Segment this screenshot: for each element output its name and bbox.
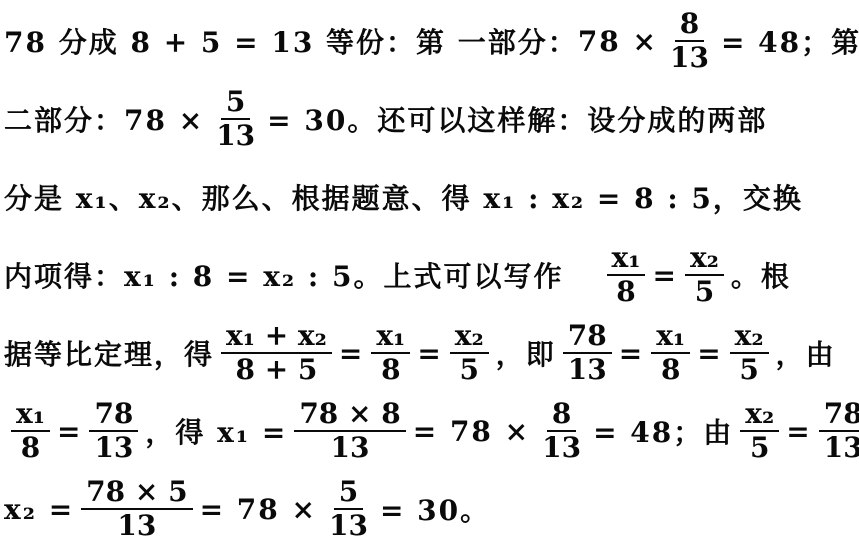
fraction: x₁8 <box>371 321 410 385</box>
fraction-denominator: 8 + 5 <box>230 354 322 385</box>
fraction: 7813 <box>89 399 138 463</box>
fraction: 813 <box>537 399 586 463</box>
text-line-3: 分是 x₁、x₂、那么、根据题意、得 x₁ : x₂ = 8 : 5，交换 <box>4 158 857 236</box>
text-line-4: 内项得：x₁ : 8 = x₂ : 5。上式可以写作x₁8=x₂5。根 <box>4 236 857 314</box>
fraction: 7813 <box>563 321 612 385</box>
text-run: ，由 <box>776 333 836 373</box>
fraction: x₁ + x₂8 + 5 <box>221 321 332 385</box>
text-run: = <box>57 415 82 448</box>
fraction-denominator: 8 <box>16 432 45 463</box>
fraction-numerator: 78 × 8 <box>294 399 405 432</box>
fraction-numerator: x₂ <box>685 243 724 276</box>
text-line-6: x₁8=7813，得 x₁ =78 × 813= 78 ×813= 48；由x₂… <box>4 392 857 470</box>
fraction: 7813 <box>819 399 859 463</box>
text-run: = 30。还可以这样解：设分成的两部 <box>267 99 767 139</box>
fraction-denominator: 13 <box>112 510 161 541</box>
fraction-denominator: 13 <box>537 432 586 463</box>
fraction-denominator: 13 <box>563 354 612 385</box>
text-line-1: 78 分成 8 + 5 = 13 等份：第 一部分：78 ×813= 48；第 <box>4 2 857 80</box>
fraction-numerator: 78 <box>563 321 612 354</box>
fraction-numerator: x₂ <box>730 321 769 354</box>
fraction: x₁8 <box>651 321 690 385</box>
fraction: x₁8 <box>11 399 50 463</box>
textbook-page: 78 分成 8 + 5 = 13 等份：第 一部分：78 ×813= 48；第二… <box>0 0 859 559</box>
fraction: x₂5 <box>450 321 489 385</box>
text-run: 分是 x₁、x₂、那么、根据题意、得 x₁ : x₂ = 8 : 5，交换 <box>4 177 803 217</box>
fraction-denominator: 5 <box>690 276 719 307</box>
fraction-denominator: 5 <box>734 354 763 385</box>
text-run: = 48；第 <box>721 21 859 61</box>
text-run: = <box>619 337 644 370</box>
fraction-denominator: 5 <box>745 432 774 463</box>
fraction-numerator: 8 <box>547 399 576 432</box>
fraction-numerator: x₁ <box>11 399 50 432</box>
fraction: x₂5 <box>685 243 724 307</box>
fraction-numerator: 78 <box>819 399 859 432</box>
text-run: = 48；由 <box>593 411 733 451</box>
fraction-numerator: x₁ <box>371 321 410 354</box>
text-line-2: 二部分：78 ×513= 30。还可以这样解：设分成的两部 <box>4 80 857 158</box>
fraction: x₁8 <box>607 243 646 307</box>
text-run: = 78 × <box>200 493 317 526</box>
text-run: 二部分：78 × <box>4 99 204 139</box>
fraction-denominator: 8 <box>376 354 405 385</box>
fraction-numerator: 78 <box>89 399 138 432</box>
text-run: 内项得：x₁ : 8 = x₂ : 5。上式可以写作 <box>4 255 564 295</box>
text-line-5: 据等比定理，得x₁ + x₂8 + 5=x₁8=x₂5，即7813=x₁8=x₂… <box>4 314 857 392</box>
text-run: 。根 <box>731 255 791 295</box>
fraction: x₂5 <box>730 321 769 385</box>
fraction-numerator: 78 × 5 <box>81 477 192 510</box>
text-line-7: x₂ =78 × 513= 78 ×513= 30。 <box>4 470 857 548</box>
text-run: ，得 x₁ = <box>145 411 287 451</box>
fraction-numerator: x₁ + x₂ <box>221 321 332 354</box>
fraction-denominator: 8 <box>656 354 685 385</box>
fraction-denominator: 8 <box>611 276 640 307</box>
text-run: = 78 × <box>413 415 530 448</box>
fraction-denominator: 13 <box>89 432 138 463</box>
fraction-denominator: 13 <box>819 432 859 463</box>
fraction: x₂5 <box>740 399 779 463</box>
fraction-numerator: x₂ <box>450 321 489 354</box>
fraction-numerator: 5 <box>221 87 250 120</box>
text-run: = <box>697 337 722 370</box>
document-lines: 78 分成 8 + 5 = 13 等份：第 一部分：78 ×813= 48；第二… <box>4 2 857 548</box>
text-run: = 30。 <box>380 489 490 529</box>
fraction: 813 <box>665 9 714 73</box>
fraction-numerator: 5 <box>334 477 363 510</box>
fraction-numerator: x₁ <box>607 243 646 276</box>
text-run: ，即 <box>496 333 556 373</box>
text-run: x₂ = <box>4 493 74 526</box>
fraction: 513 <box>211 87 260 151</box>
text-run: = <box>786 415 811 448</box>
text-run: 78 分成 8 + 5 = 13 等份：第 一部分： <box>4 21 578 61</box>
fraction: 513 <box>324 477 373 541</box>
text-run: = <box>339 337 364 370</box>
fraction-denominator: 13 <box>326 432 375 463</box>
fraction-numerator: x₁ <box>651 321 690 354</box>
text-run: = <box>417 337 442 370</box>
fraction-numerator: 8 <box>675 9 704 42</box>
fraction: 78 × 513 <box>81 477 192 541</box>
text-run: 据等比定理，得 <box>4 333 214 373</box>
fraction-numerator: x₂ <box>740 399 779 432</box>
spacer <box>564 275 600 276</box>
fraction-denominator: 13 <box>324 510 373 541</box>
fraction-denominator: 13 <box>665 42 714 73</box>
text-run: 78 × <box>578 25 658 58</box>
fraction-denominator: 13 <box>211 120 260 151</box>
fraction-denominator: 5 <box>455 354 484 385</box>
fraction: 78 × 813 <box>294 399 405 463</box>
text-run: = <box>652 259 677 292</box>
